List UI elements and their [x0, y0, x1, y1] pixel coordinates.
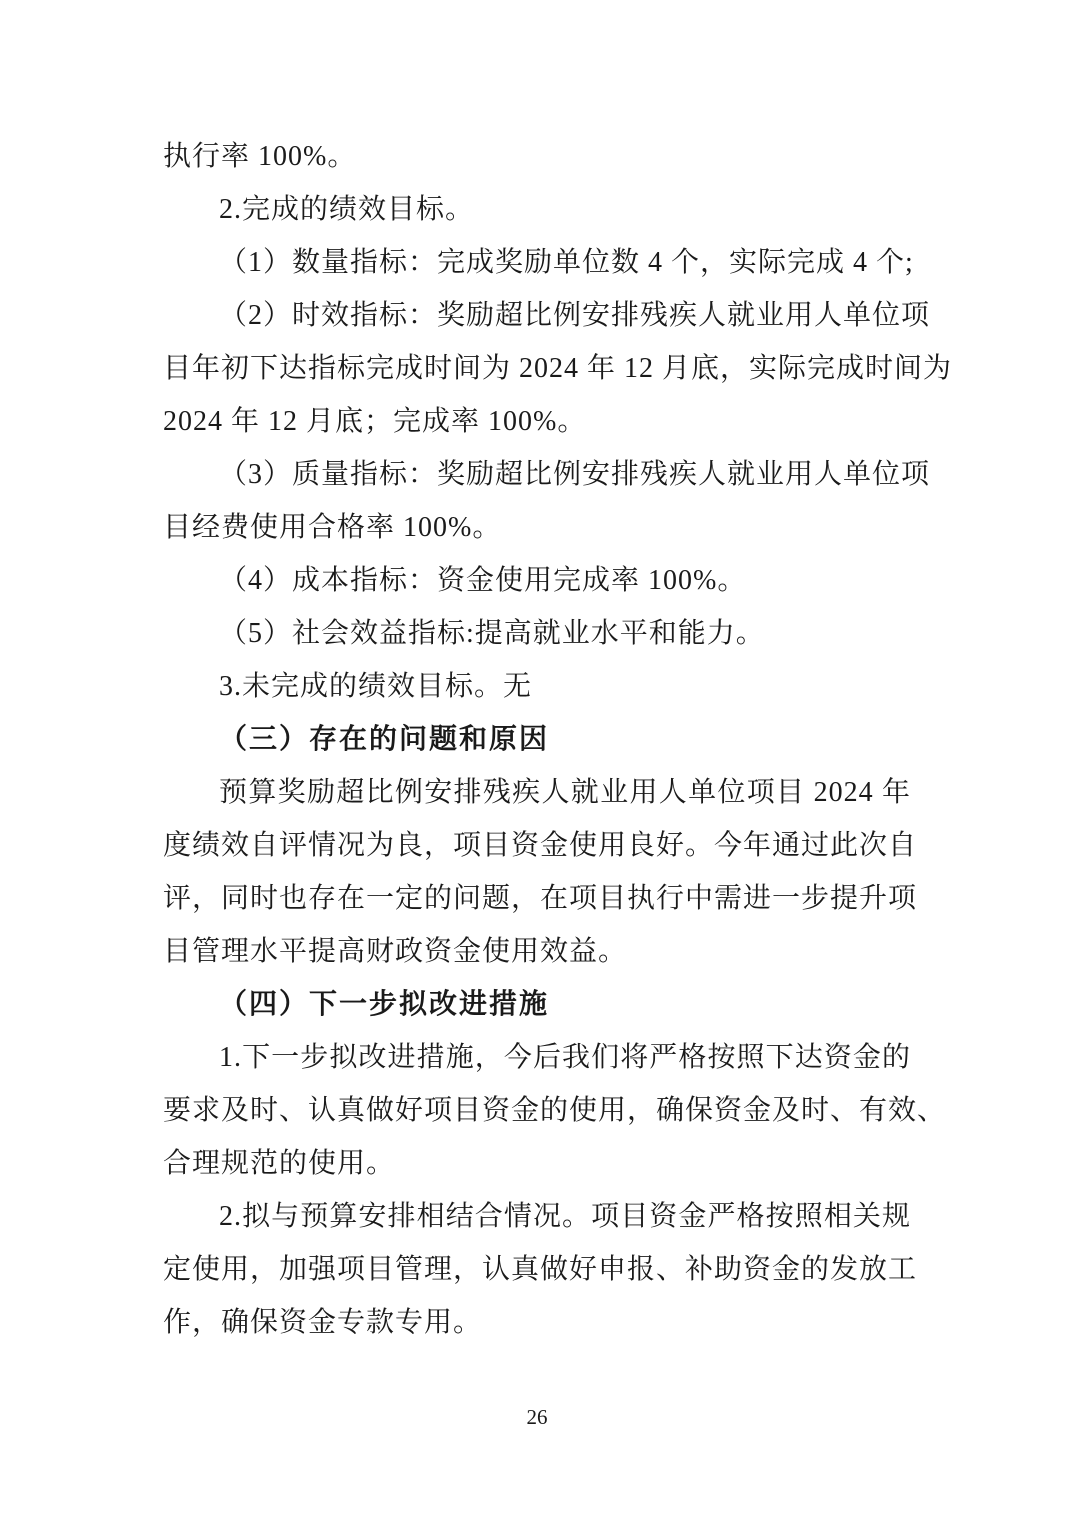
- text-line: 评，同时也存在一定的问题，在项目执行中需进一步提升项: [163, 872, 911, 925]
- document-body: 执行率 100%。2.完成的绩效目标。（1）数量指标：完成奖励单位数 4 个，实…: [163, 130, 911, 1349]
- page-number: 26: [0, 1402, 1074, 1432]
- text-line: 1.下一步拟改进措施，今后我们将严格按照下达资金的: [163, 1031, 911, 1084]
- text-line: 作，确保资金专款专用。: [163, 1296, 911, 1349]
- text-line: 3.未完成的绩效目标。无: [163, 660, 911, 713]
- text-line: （3）质量指标：奖励超比例安排残疾人就业用人单位项: [163, 448, 911, 501]
- text-line: （四）下一步拟改进措施: [163, 978, 911, 1031]
- text-line: 合理规范的使用。: [163, 1137, 911, 1190]
- paragraph: 预算奖励超比例安排残疾人就业用人单位项目 2024 年度绩效自评情况为良，项目资…: [163, 766, 911, 978]
- text-line: 2024 年 12 月底；完成率 100%。: [163, 395, 911, 448]
- text-line: （2）时效指标：奖励超比例安排残疾人就业用人单位项: [163, 289, 911, 342]
- paragraph: （1）数量指标：完成奖励单位数 4 个，实际完成 4 个;: [163, 236, 911, 289]
- text-line: 定使用，加强项目管理，认真做好申报、补助资金的发放工: [163, 1243, 911, 1296]
- text-line: （1）数量指标：完成奖励单位数 4 个，实际完成 4 个;: [163, 236, 911, 289]
- text-line: 度绩效自评情况为良，项目资金使用良好。今年通过此次自: [163, 819, 911, 872]
- paragraph: （3）质量指标：奖励超比例安排残疾人就业用人单位项目经费使用合格率 100%。: [163, 448, 911, 554]
- text-line: （三）存在的问题和原因: [163, 713, 911, 766]
- paragraph: 2.完成的绩效目标。: [163, 183, 911, 236]
- paragraph: 2.拟与预算安排相结合情况。项目资金严格按照相关规定使用，加强项目管理，认真做好…: [163, 1190, 911, 1349]
- section-heading: （四）下一步拟改进措施: [163, 978, 911, 1031]
- text-line: 目经费使用合格率 100%。: [163, 501, 911, 554]
- text-line: 目管理水平提高财政资金使用效益。: [163, 925, 911, 978]
- paragraph: 3.未完成的绩效目标。无: [163, 660, 911, 713]
- text-line: 要求及时、认真做好项目资金的使用，确保资金及时、有效、: [163, 1084, 911, 1137]
- paragraph: 执行率 100%。: [163, 130, 911, 183]
- text-line: 2.拟与预算安排相结合情况。项目资金严格按照相关规: [163, 1190, 911, 1243]
- text-line: （5）社会效益指标:提高就业水平和能力。: [163, 607, 911, 660]
- section-heading: （三）存在的问题和原因: [163, 713, 911, 766]
- text-line: 预算奖励超比例安排残疾人就业用人单位项目 2024 年: [163, 766, 911, 819]
- paragraph: （4）成本指标：资金使用完成率 100%。: [163, 554, 911, 607]
- document-page: 执行率 100%。2.完成的绩效目标。（1）数量指标：完成奖励单位数 4 个，实…: [0, 0, 1074, 1520]
- paragraph: （5）社会效益指标:提高就业水平和能力。: [163, 607, 911, 660]
- text-line: （4）成本指标：资金使用完成率 100%。: [163, 554, 911, 607]
- text-line: 执行率 100%。: [163, 130, 911, 183]
- paragraph: （2）时效指标：奖励超比例安排残疾人就业用人单位项目年初下达指标完成时间为 20…: [163, 289, 911, 448]
- text-line: 2.完成的绩效目标。: [163, 183, 911, 236]
- text-line: 目年初下达指标完成时间为 2024 年 12 月底，实际完成时间为: [163, 342, 911, 395]
- paragraph: 1.下一步拟改进措施，今后我们将严格按照下达资金的要求及时、认真做好项目资金的使…: [163, 1031, 911, 1190]
